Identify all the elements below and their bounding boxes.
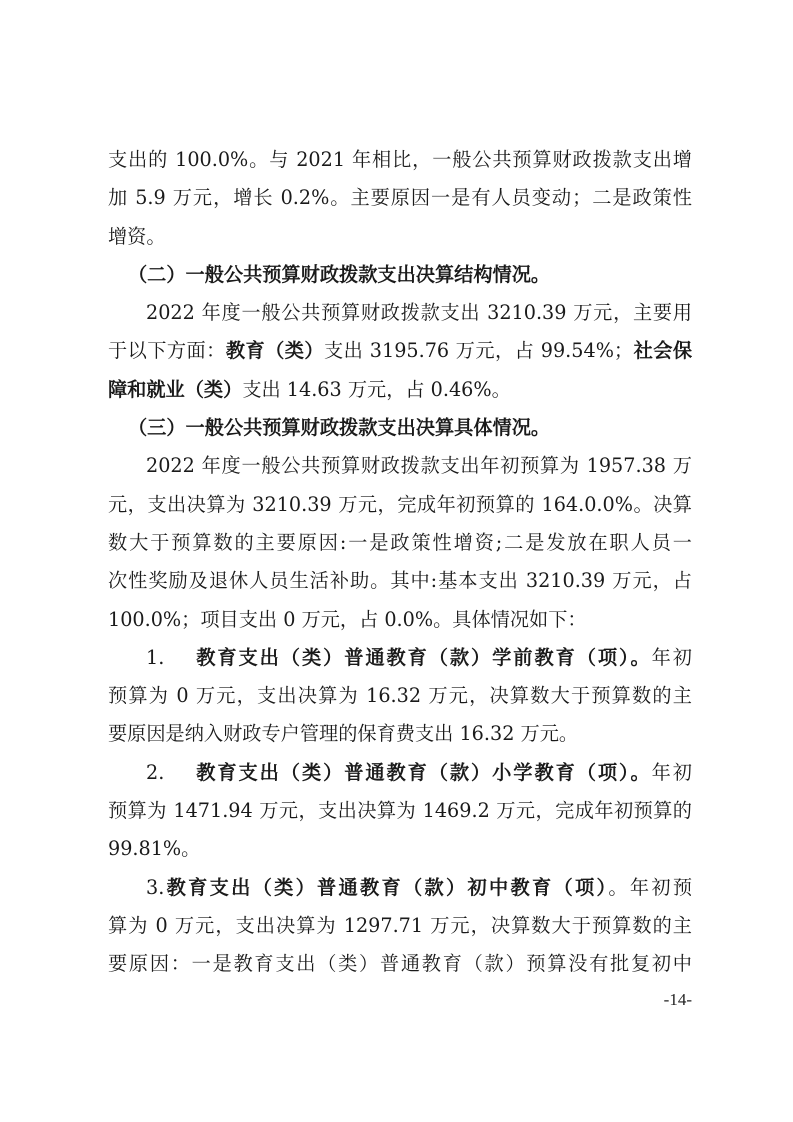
text-run: 支出 14.63 万元，占 0.46%。 bbox=[242, 378, 511, 401]
paragraph-line: 2022 年度一般公共预算财政拨款支出 3210.39 万元，主要用 bbox=[108, 294, 692, 332]
bold-item-title: 教育支出（类）普通教育（款）小学教育（项）。 bbox=[194, 761, 651, 784]
text-run: 年初 bbox=[652, 646, 692, 669]
list-number: 3. bbox=[146, 876, 164, 899]
bold-category-social-security-cont: 障和就业（类） bbox=[108, 378, 242, 401]
section-heading-3: （三）一般公共预算财政拨款支出决算具体情况。 bbox=[108, 409, 692, 447]
paragraph-line: 支出的 100.0%。与 2021 年相比，一般公共预算财政拨款支出增 bbox=[108, 141, 692, 179]
list-number: 1. bbox=[146, 646, 164, 669]
list-item-2-heading: 2.教育支出（类）普通教育（款）小学教育（项）。年初 bbox=[108, 754, 692, 792]
text-run: 。年初预 bbox=[608, 876, 692, 899]
text-run: 支出 3195.76 万元，占 99.54%； bbox=[324, 339, 633, 362]
text-run: 年初 bbox=[652, 761, 692, 784]
paragraph-line: 于以下方面：教育（类）支出 3195.76 万元，占 99.54%；社会保 bbox=[108, 332, 692, 370]
paragraph-line: 要原因：一是教育支出（类）普通教育（款）预算没有批复初中 bbox=[108, 945, 692, 983]
paragraph-line: 2022 年度一般公共预算财政拨款支出年初预算为 1957.38 万 bbox=[108, 447, 692, 485]
paragraph-line: 预算为 0 万元，支出决算为 16.32 万元，决算数大于预算数的主 bbox=[108, 677, 692, 715]
paragraph-line: 要原因是纳入财政专户管理的保育费支出 16.32 万元。 bbox=[108, 715, 692, 753]
section-heading-2: （二）一般公共预算财政拨款支出决算结构情况。 bbox=[108, 256, 692, 294]
bold-category-education: 教育（类） bbox=[226, 339, 324, 362]
list-number: 2. bbox=[146, 761, 164, 784]
list-item-1-heading: 1.教育支出（类）普通教育（款）学前教育（项）。年初 bbox=[108, 639, 692, 677]
page-number: -14- bbox=[664, 990, 692, 1010]
paragraph-line: 100.0%；项目支出 0 万元，占 0.0%。具体情况如下： bbox=[108, 601, 692, 639]
paragraph-line: 元，支出决算为 3210.39 万元，完成年初预算的 164.0.0%。决算 bbox=[108, 486, 692, 524]
paragraph-line: 99.81%。 bbox=[108, 830, 692, 868]
list-item-3-heading: 3.教育支出（类）普通教育（款）初中教育（项）。年初预 bbox=[108, 869, 692, 907]
paragraph-line: 预算为 1471.94 万元，支出决算为 1469.2 万元，完成年初预算的 bbox=[108, 792, 692, 830]
paragraph-line: 增资。 bbox=[108, 218, 692, 256]
text-run: 于以下方面： bbox=[108, 339, 226, 362]
bold-item-title: 教育支出（类）普通教育（款）学前教育（项）。 bbox=[194, 646, 651, 669]
bold-item-title: 教育支出（类）普通教育（款）初中教育（项） bbox=[164, 876, 608, 899]
paragraph-line: 数大于预算数的主要原因:一是政策性增资;二是发放在职人员一 bbox=[108, 524, 692, 562]
document-page-body: 支出的 100.0%。与 2021 年相比，一般公共预算财政拨款支出增 加 5.… bbox=[108, 141, 692, 984]
paragraph-line: 障和就业（类）支出 14.63 万元，占 0.46%。 bbox=[108, 371, 692, 409]
paragraph-line: 加 5.9 万元，增长 0.2%。主要原因一是有人员变动；二是政策性 bbox=[108, 179, 692, 217]
paragraph-line: 次性奖励及退休人员生活补助。其中:基本支出 3210.39 万元，占 bbox=[108, 562, 692, 600]
bold-category-social-security: 社会保 bbox=[633, 339, 692, 362]
paragraph-line: 算为 0 万元，支出决算为 1297.71 万元，决算数大于预算数的主 bbox=[108, 907, 692, 945]
